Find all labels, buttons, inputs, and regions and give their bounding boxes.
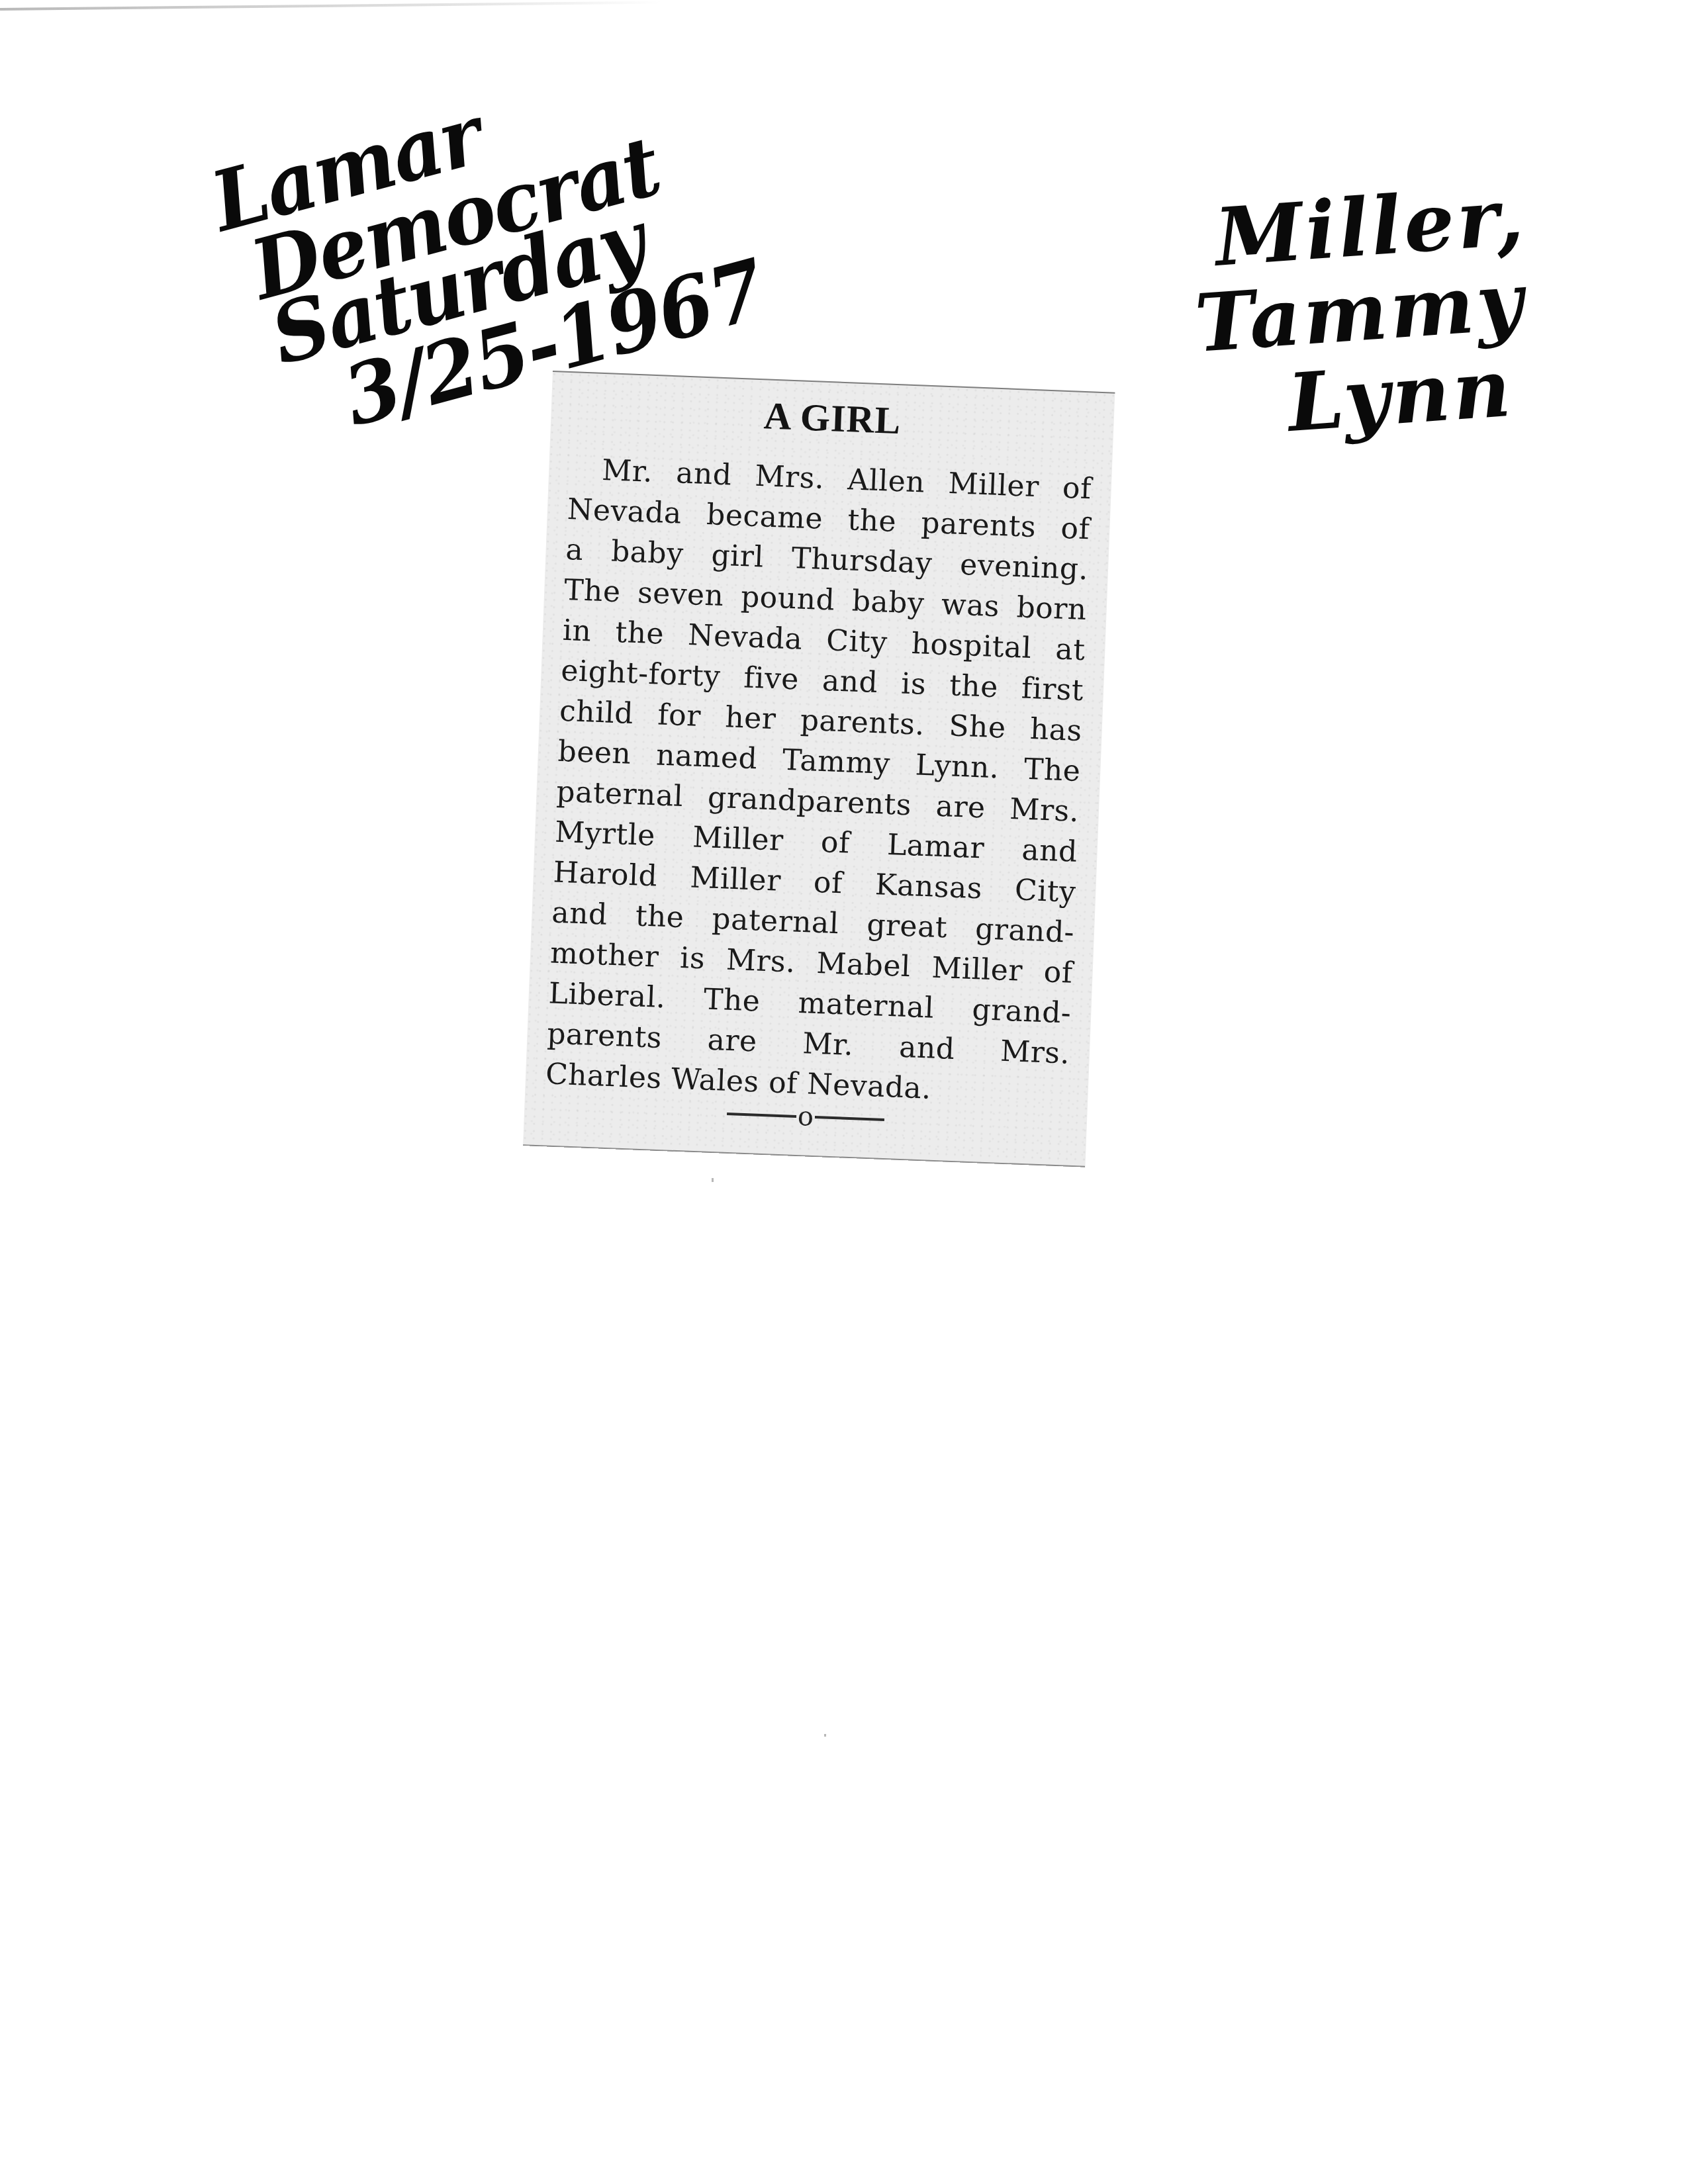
separator-ring: o [796,1103,816,1130]
clipping-body: Mr. and Mrs. Allen Miller of Nevada beca… [545,449,1092,1115]
scan-edge-line [0,1,662,11]
clipping-headline: A GIRL [551,385,1115,451]
scan-speck [712,1178,714,1182]
scan-speck [824,1734,826,1737]
handwritten-name-note: Miller, Tammy Lynn [1198,199,1529,443]
newspaper-clipping: A GIRL Mr. and Mrs. Allen Miller of Neva… [523,371,1115,1167]
handwritten-middle-name: Lynn [1286,347,1529,443]
separator-rule-left [727,1113,796,1118]
separator-rule-right [815,1116,884,1121]
